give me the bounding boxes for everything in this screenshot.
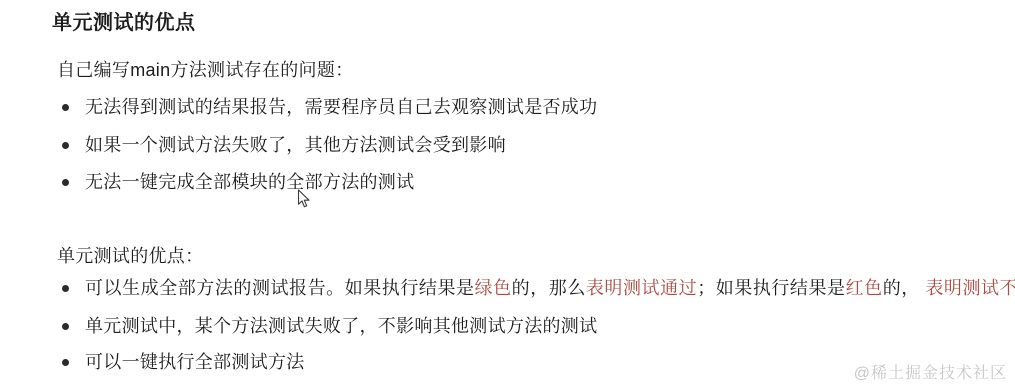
bullet-icon bbox=[62, 142, 69, 149]
document-page: 单元测试的优点 自己编写main方法测试存在的问题： 无法得到测试的结果报告，需… bbox=[0, 0, 1015, 387]
list-item: 无法一键完成全部模块的全部方法的测试 bbox=[62, 172, 414, 192]
list-item: 无法得到测试的结果报告，需要程序员自己去观察测试是否成功 bbox=[62, 97, 597, 117]
text-segment: ；如果执行结果是 bbox=[697, 278, 845, 298]
list-item-text: 单元测试中，某个方法测试失败了，不影响其他测试方法的测试 bbox=[85, 316, 597, 336]
list-item: 可以生成全部方法的测试报告。如果执行结果是绿色的，那么表明测试通过；如果执行结果… bbox=[62, 278, 1015, 298]
text-segment-highlight: 表明测试不通过 bbox=[925, 278, 1015, 298]
watermark: @稀土掘金技术社区 bbox=[854, 360, 1007, 383]
list-item-rich-text: 可以生成全部方法的测试报告。如果执行结果是绿色的，那么表明测试通过；如果执行结果… bbox=[85, 278, 1015, 298]
bullet-icon bbox=[62, 179, 69, 186]
problems-heading: 自己编写main方法测试存在的问题： bbox=[57, 56, 353, 82]
text-segment-highlight: 红色 bbox=[846, 278, 883, 298]
list-item-text: 如果一个测试方法失败了，其他方法测试会受到影响 bbox=[85, 135, 506, 155]
list-item: 可以一键执行全部测试方法 bbox=[62, 352, 305, 372]
text-segment-highlight: 表明测试通过 bbox=[586, 278, 697, 298]
bullet-icon bbox=[62, 359, 69, 366]
list-item: 单元测试中，某个方法测试失败了，不影响其他测试方法的测试 bbox=[62, 316, 597, 336]
list-item: 如果一个测试方法失败了，其他方法测试会受到影响 bbox=[62, 135, 506, 155]
bullet-icon bbox=[62, 323, 69, 330]
text-segment: 的， bbox=[883, 278, 926, 298]
mouse-cursor-icon bbox=[297, 189, 311, 209]
page-title: 单元测试的优点 bbox=[52, 6, 196, 35]
text-segment: 的，那么 bbox=[512, 278, 586, 298]
list-item-text: 无法一键完成全部模块的全部方法的测试 bbox=[85, 172, 414, 192]
advantages-heading: 单元测试的优点： bbox=[57, 242, 203, 268]
bullet-icon bbox=[62, 104, 69, 111]
text-segment-highlight: 绿色 bbox=[475, 278, 512, 298]
list-item-text: 可以一键执行全部测试方法 bbox=[85, 352, 305, 372]
list-item-text: 无法得到测试的结果报告，需要程序员自己去观察测试是否成功 bbox=[85, 97, 597, 117]
bullet-icon bbox=[62, 285, 69, 292]
text-segment: 可以生成全部方法的测试报告。如果执行结果是 bbox=[85, 278, 475, 298]
